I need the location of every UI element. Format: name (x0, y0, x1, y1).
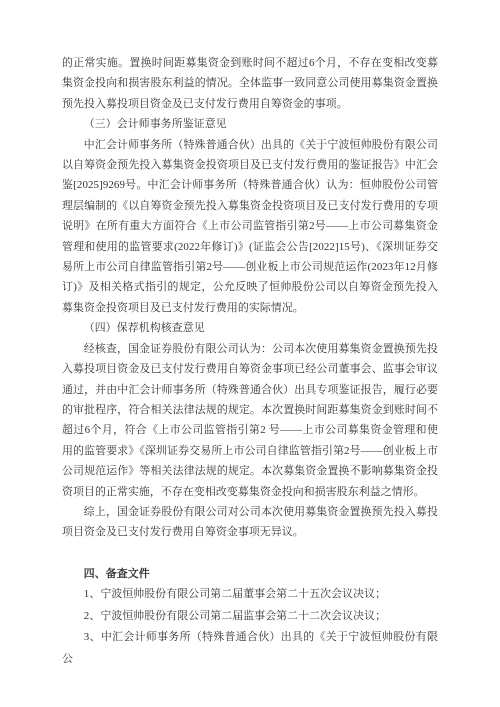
list-item-attestation-report-truncated: 3、中汇会计师事务所（特殊普通合伙）出具的《关于宁波恒帅股份有限公 (62, 627, 438, 670)
document-page: 的正常实施。置换时间距募集资金到账时间不超过6个月，不存在变相改变募集资金投向和… (0, 0, 500, 707)
paragraph-conclusion-no-objection: 综上，国金证券股份有限公司对公司本次使用募集资金置换预先投入募投项目资金及已支付… (62, 502, 438, 543)
list-item-board-meeting-resolution: 1、宁波恒帅股份有限公司第二届董事会第二十五次会议决议； (62, 584, 438, 606)
subheading-sponsor-verification-opinion: （四）保荐机构核查意见 (62, 318, 438, 338)
subheading-accountant-attestation-opinion: （三）会计师事务所鉴证意见 (62, 114, 438, 134)
section-heading-reference-documents: 四、备查文件 (62, 564, 438, 584)
list-item-supervisory-board-resolution: 2、宁波恒帅股份有限公司第二届监事会第二十二次会议决议； (62, 606, 438, 628)
paragraph-sponsor-verification: 经核查，国金证券股份有限公司认为：公司本次使用募集资金置换预先投入募投项目资金及… (62, 339, 438, 502)
document-text-block: 的正常实施。置换时间距募集资金到账时间不超过6个月，不存在变相改变募集资金投向和… (62, 53, 438, 671)
paragraph-supervisors-opinion-continuation: 的正常实施。置换时间距募集资金到账时间不超过6个月，不存在变相改变募集资金投向和… (62, 53, 438, 114)
paragraph-accountant-attestation: 中汇会计师事务所（特殊普通合伙）出具的《关于宁波恒帅股份有限公司以自筹资金预先投… (62, 135, 438, 319)
